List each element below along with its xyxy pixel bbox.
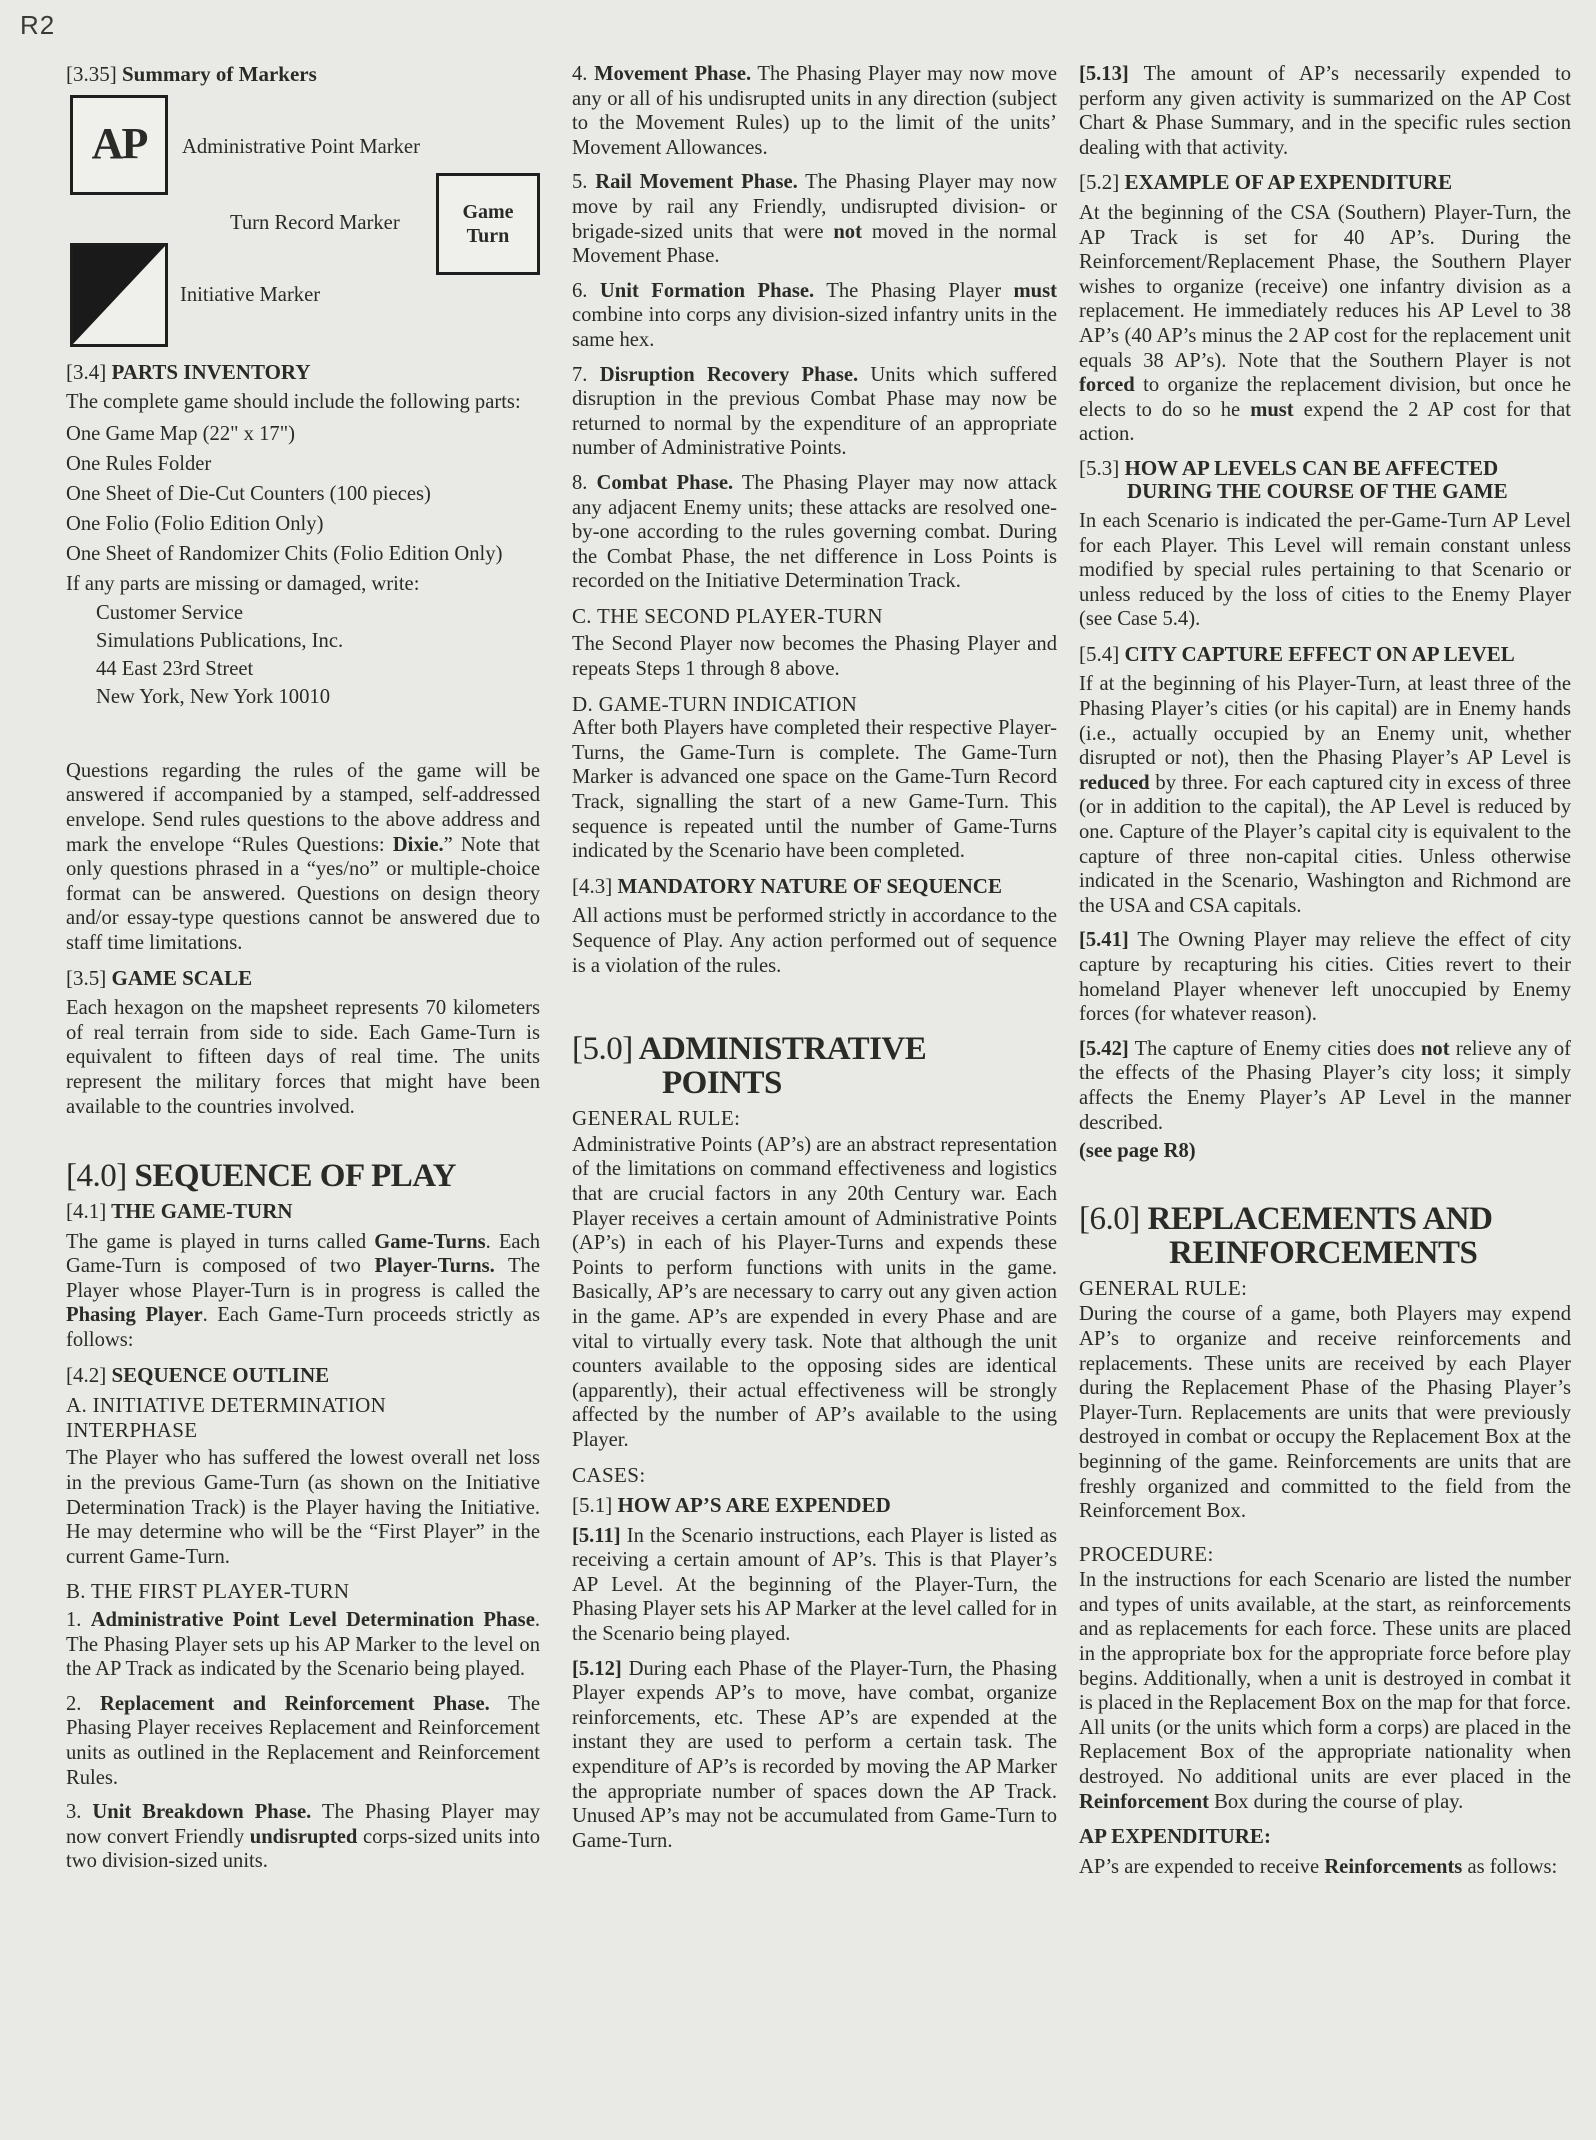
step-6: 6. Unit Formation Phase. The Phasing Pla…	[572, 279, 1057, 353]
parts-inventory-heading: [3.4] PARTS INVENTORY	[66, 360, 540, 385]
parts-item: One Sheet of Randomizer Chits (Folio Edi…	[66, 542, 540, 566]
initiative-marker-icon	[70, 243, 168, 347]
first-player-turn-heading: B. THE FIRST PLAYER-TURN	[66, 1579, 540, 1604]
column-1: [3.35] Summary of Markers AP Administrat…	[66, 62, 540, 1884]
parts-intro: The complete game should include the fol…	[66, 390, 540, 415]
page-number: R2	[20, 10, 55, 41]
step-1: 1. Administrative Point Level Determinat…	[66, 1608, 540, 1682]
parts-item: One Folio (Folio Edition Only)	[66, 509, 540, 539]
initiative-interphase-heading: A. INITIATIVE DETERMINATION INTERPHASE	[66, 1393, 426, 1442]
city-capture-heading: [5.4] CITY CAPTURE EFFECT ON AP LEVEL	[1079, 642, 1571, 667]
initiative-marker-label: Initiative Marker	[180, 283, 320, 308]
example-ap-expenditure-heading: [5.2] EXAMPLE OF AP EXPENDITURE	[1079, 170, 1571, 195]
replacements-reinforcements-heading: [6.0] REPLACEMENTS AND REINFORCEMENTS	[1079, 1202, 1571, 1270]
general-rule-label: GENERAL RULE:	[572, 1106, 1057, 1131]
game-turn-text: The game is played in turns called Game-…	[66, 1230, 540, 1353]
parts-item: One Game Map (22" x 17")	[66, 419, 540, 449]
case-5-13: [5.13] The amount of AP’s necessarily ex…	[1079, 62, 1571, 160]
summary-of-markers-heading: [3.35] Summary of Markers	[66, 62, 540, 87]
sequence-outline-heading: [4.2] SEQUENCE OUTLINE	[66, 1363, 540, 1388]
ap-expenditure-text: AP’s are expended to receive Reinforceme…	[1079, 1855, 1571, 1880]
mandatory-sequence-text: All actions must be performed strictly i…	[572, 904, 1057, 978]
case-5-42: [5.42] The capture of Enemy cities does …	[1079, 1037, 1571, 1135]
game-scale-text: Each hexagon on the mapsheet represents …	[66, 996, 540, 1119]
ap-levels-affected-heading: [5.3] HOW AP LEVELS CAN BE AFFECTED DURI…	[1079, 457, 1571, 503]
parts-missing-text: If any parts are missing or damaged, wri…	[66, 569, 540, 599]
game-turn-indication-text: After both Players have completed their …	[572, 716, 1057, 864]
step-2: 2. Replacement and Reinforcement Phase. …	[66, 1692, 540, 1790]
initiative-interphase-text: The Player who has suffered the lowest o…	[66, 1446, 540, 1569]
game-turn-marker-icon: Game Turn	[436, 173, 540, 275]
markers-figure: AP Administrative Point Marker Game Turn…	[66, 95, 540, 330]
game-turn-indication-heading: D. GAME-TURN INDICATION	[572, 692, 1057, 717]
case-5-41: [5.41] The Owning Player may relieve the…	[1079, 928, 1571, 1026]
ap-marker-icon: AP	[70, 95, 168, 195]
step-8: 8. Combat Phase. The Phasing Player may …	[572, 471, 1057, 594]
column-3: [5.13] The amount of AP’s necessarily ex…	[1079, 62, 1571, 1889]
game-scale-heading: [3.5] GAME SCALE	[66, 966, 540, 991]
procedure-label: PROCEDURE:	[1079, 1542, 1571, 1567]
general-rule-label: GENERAL RULE:	[1079, 1276, 1571, 1301]
case-5-11: [5.11] In the Scenario instructions, eac…	[572, 1524, 1057, 1647]
ap-expenditure-heading: AP EXPENDITURE:	[1079, 1824, 1571, 1849]
turn-record-marker-label: Turn Record Marker	[230, 211, 400, 236]
parts-item: One Sheet of Die-Cut Counters (100 piece…	[66, 479, 540, 509]
column-2: 4. Movement Phase. The Phasing Player ma…	[572, 62, 1057, 1863]
cases-label: CASES:	[572, 1463, 1057, 1488]
step-7: 7. Disruption Recovery Phase. Units whic…	[572, 363, 1057, 461]
see-page-link[interactable]: (see page R8)	[1079, 1139, 1571, 1164]
example-ap-expenditure-text: At the beginning of the CSA (Southern) P…	[1079, 201, 1571, 447]
city-capture-text: If at the beginning of his Player-Turn, …	[1079, 672, 1571, 918]
mandatory-sequence-heading: [4.3] MANDATORY NATURE OF SEQUENCE	[572, 874, 1057, 899]
procedure-text: In the instructions for each Scenario ar…	[1079, 1568, 1571, 1814]
second-player-turn-heading: C. THE SECOND PLAYER-TURN	[572, 604, 1057, 629]
step-5: 5. Rail Movement Phase. The Phasing Play…	[572, 170, 1057, 268]
game-turn-heading: [4.1] THE GAME-TURN	[66, 1199, 540, 1224]
general-rule-text: Administrative Points (AP’s) are an abst…	[572, 1133, 1057, 1453]
how-aps-expended-heading: [5.1] HOW AP’S ARE EXPENDED	[572, 1493, 1057, 1518]
ap-levels-affected-text: In each Scenario is indicated the per-Ga…	[1079, 509, 1571, 632]
administrative-points-heading: [5.0] ADMINISTRATIVE POINTS	[572, 1032, 1057, 1100]
rules-questions-paragraph: Questions regarding the rules of the gam…	[66, 759, 540, 956]
ap-marker-label: Administrative Point Marker	[182, 135, 420, 160]
step-4: 4. Movement Phase. The Phasing Player ma…	[572, 62, 1057, 160]
parts-item: One Rules Folder	[66, 449, 540, 479]
sequence-of-play-heading: [4.0] SEQUENCE OF PLAY	[66, 1159, 540, 1193]
case-5-12: [5.12] During each Phase of the Player-T…	[572, 1657, 1057, 1854]
step-3: 3. Unit Breakdown Phase. The Phasing Pla…	[66, 1800, 540, 1874]
second-player-turn-text: The Second Player now becomes the Phasin…	[572, 632, 1057, 681]
general-rule-text: During the course of a game, both Player…	[1079, 1302, 1571, 1523]
mailing-address: Customer Service Simulations Publication…	[66, 599, 540, 711]
